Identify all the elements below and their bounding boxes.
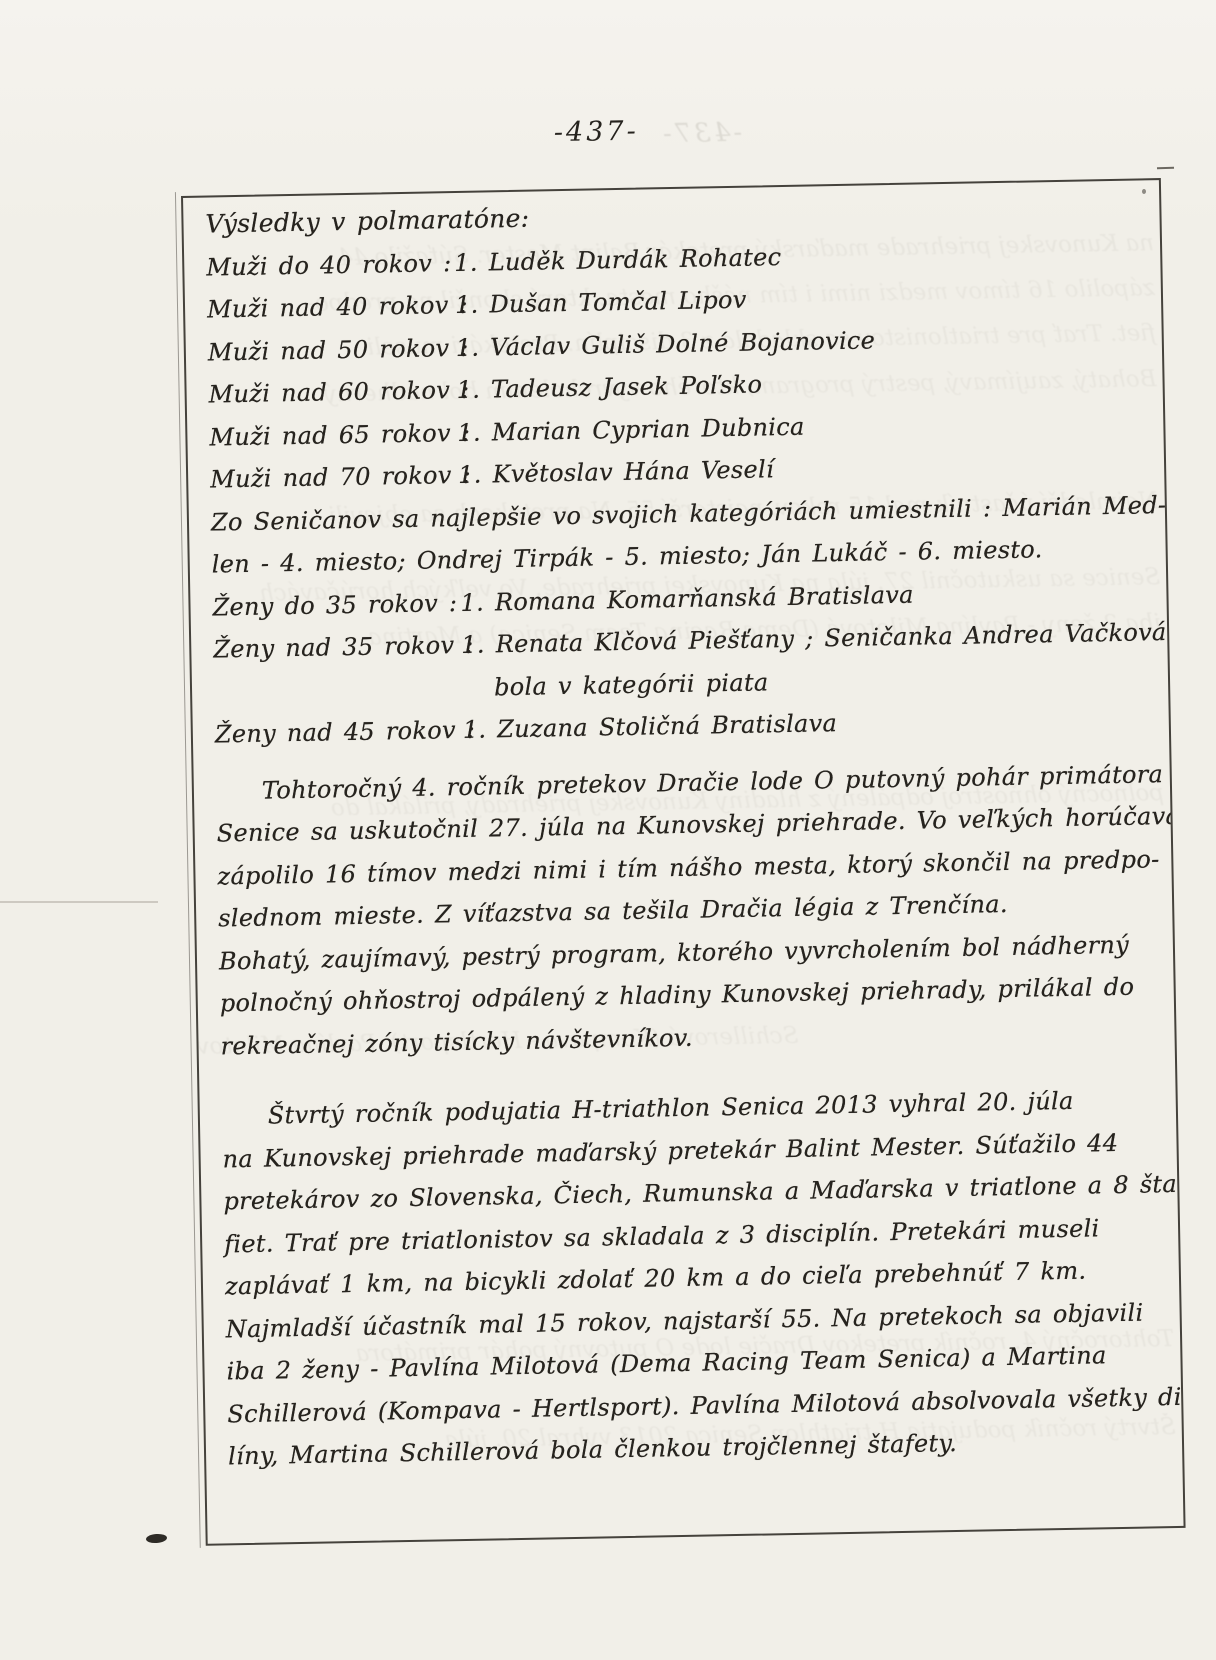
category-label: Ženy do 35 rokov : [212,581,461,628]
page-number-bleedthrough: -437- [660,118,743,150]
scan-scratch-line [0,901,158,903]
triathlon-paragraph: Štvrtý ročník podujatia H-triathlon Seni… [221,1078,1174,1478]
category-label: Muži nad 70 rokov : [210,454,459,501]
category-label: Muži nad 40 rokov : [207,284,456,331]
winner-text: 1. Renata Klčová Piešťany ; Seničanka An… [461,618,1167,659]
winner-text: 1. Tadeusz Jasek Poľsko [456,370,762,404]
ink-blot [146,1533,168,1543]
winner-text: 1. Dušan Tomčal Lipov [455,286,747,319]
category-label: Muži nad 60 rokov : [208,369,457,416]
category-label: Ženy nad 35 rokov : [213,624,462,671]
category-label: Muži do 40 rokov : [206,242,455,289]
scanned-chronicle-page: { "page_number": "-437-", "colors": { "p… [0,0,1216,1660]
ink-tick-mark [1157,167,1174,170]
winner-text: 1. Květoslav Hána Veselí [458,455,774,489]
halfmarathon-results-section: Výsledky v polmaratóne: Muži do 40 rokov… [205,186,1161,756]
page-number: -437- [554,116,639,149]
category-label: Muži nad 50 rokov : [207,326,456,373]
winner-text: 1. Luděk Durdák Rohatec [454,243,782,277]
handwritten-text-block: Výsledky v polmaratóne: Muži do 40 rokov… [183,180,1184,1544]
category-label: Muži nad 65 rokov : [209,411,458,458]
winner-text: 1. Zuzana Stoličná Bratislava [463,709,838,744]
category-label: Ženy nad 45 rokov : [214,709,463,756]
winner-text: 1. Romana Komarňanská Bratislava [460,580,914,616]
winner-text: 1. Marian Cyprian Dubnica [457,412,805,446]
page-border-frame: -437- -437- na Kunovskej priehrade maďar… [181,178,1186,1546]
winner-text: 1. Václav Guliš Dolné Bojanovice [456,326,876,362]
result-row-women-over45: Ženy nad 45 rokov :1. Zuzana Stoličná Br… [214,696,1161,756]
dragon-boats-paragraph: Tohtoročný 4. ročník pretekov Dračie lod… [216,753,1167,1068]
